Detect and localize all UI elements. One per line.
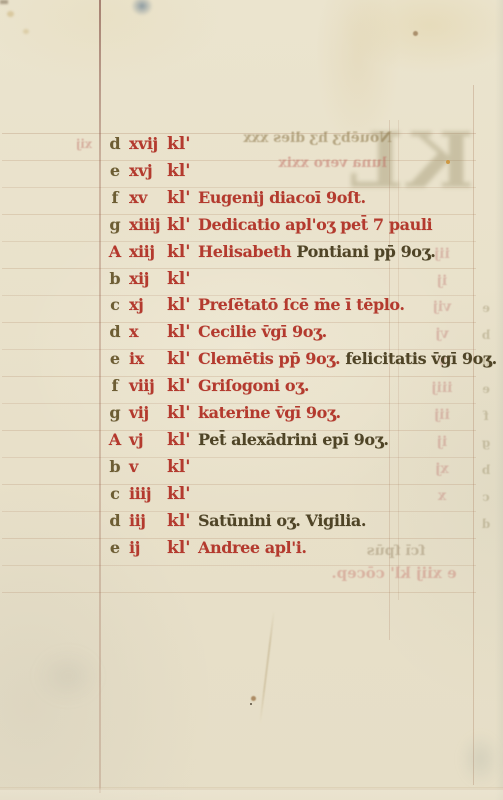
feast-text-red: Eugenij diacoī 9oſt. <box>198 188 366 207</box>
kalends-numeral: xij <box>129 269 149 288</box>
calendar-row: eixkl'Clemētis pp̄ 9oʒ. felicitatis v̄gī… <box>0 349 503 376</box>
kl-abbreviation: kl' <box>167 188 190 208</box>
feast-entry: Pet̄ alexādrini epī 9oʒ. <box>198 430 389 449</box>
kalends-numeral: vj <box>129 430 143 449</box>
kalends-numeral: ix <box>129 349 144 368</box>
gray-smudge <box>38 652 98 700</box>
feast-entry: Helisabeth Pontiani pp̄ 9oʒ. <box>198 242 435 261</box>
page-right-edge <box>495 0 503 800</box>
calendar-row: fviijkl'Griſogoni oʒ. <box>0 376 503 403</box>
feast-text-brown: Satūnini oʒ. Vigilia. <box>198 511 366 530</box>
blue-ink-stain <box>131 0 153 16</box>
brown-speck <box>413 31 418 36</box>
kl-abbreviation: kl' <box>167 484 190 504</box>
feast-entry: Cecilie v̄gī 9oʒ. <box>198 322 327 341</box>
feast-entry: Andree apl'i. <box>198 538 307 557</box>
feast-text-red: Preſētatō ſcē m̄e ī tēplo. <box>198 295 405 314</box>
feast-text-red: Griſogoni oʒ. <box>198 376 309 395</box>
kalends-numeral: xvj <box>129 161 152 180</box>
kl-abbreviation: kl' <box>167 322 190 342</box>
kalends-numeral: xj <box>129 295 143 314</box>
dominical-letter: g <box>102 215 128 234</box>
dominical-letter: b <box>102 269 128 288</box>
corner-speck <box>0 0 8 4</box>
kalends-numeral: xvij <box>129 134 158 153</box>
ruled-line <box>2 592 476 593</box>
calendar-row: bxijkl' <box>0 269 503 296</box>
feast-text-red: Helisabeth <box>198 242 291 261</box>
dark-speck <box>250 703 252 705</box>
page-bottom-edge <box>0 787 503 800</box>
kl-abbreviation: kl' <box>167 134 190 154</box>
dominical-letter: e <box>102 538 128 557</box>
feast-text-brown: felicitatis v̄gī 9oʒ. <box>340 349 497 368</box>
feast-entry: Preſētatō ſcē m̄e ī tēplo. <box>198 295 405 314</box>
dominical-letter: b <box>102 457 128 476</box>
feast-text-brown: Pontiani pp̄ 9oʒ. <box>291 242 435 261</box>
feast-text-red: Andree apl'i. <box>198 538 307 557</box>
feast-text-red: katerine v̄gī 9oʒ. <box>198 403 341 422</box>
kl-abbreviation: kl' <box>167 538 190 558</box>
dominical-letter: f <box>102 188 128 207</box>
kl-abbreviation: kl' <box>167 376 190 396</box>
calendar-row: gvijkl'katerine v̄gī 9oʒ. <box>0 403 503 430</box>
dominical-letter: A <box>102 242 128 261</box>
kalends-numeral: iiij <box>129 484 151 503</box>
feast-text-red: Cecilie v̄gī 9oʒ. <box>198 322 327 341</box>
feast-entry: Dedicatio apl'oʒ pet̄ 7 pauli <box>198 215 432 234</box>
feast-entry: katerine v̄gī 9oʒ. <box>198 403 341 422</box>
kalends-numeral: viij <box>129 376 154 395</box>
calendar-row: fxvkl'Eugenij diacoī 9oſt. <box>0 188 503 215</box>
kalends-numeral: xiij <box>129 242 154 261</box>
kl-abbreviation: kl' <box>167 295 190 315</box>
dominical-letter: A <box>102 430 128 449</box>
kl-abbreviation: kl' <box>167 161 190 181</box>
feast-text-red: Clemētis pp̄ 9oʒ. <box>198 349 340 368</box>
kalends-numeral: x <box>129 322 138 341</box>
calendar-row: dxvijkl' <box>0 134 503 161</box>
calendar-row: Avjkl'Pet̄ alexādrini epī 9oʒ. <box>0 430 503 457</box>
kl-abbreviation: kl' <box>167 242 190 262</box>
calendar-row: exvjkl' <box>0 161 503 188</box>
kalends-numeral: ij <box>129 538 140 557</box>
calendar-row: diijkl'Satūnini oʒ. Vigilia. <box>0 511 503 538</box>
calendar-row: gxiiijkl'Dedicatio apl'oʒ pet̄ 7 pauli <box>0 215 503 242</box>
dominical-letter: d <box>102 322 128 341</box>
calendar-row: Axiijkl'Helisabeth Pontiani pp̄ 9oʒ. <box>0 242 503 269</box>
feast-entry: Griſogoni oʒ. <box>198 376 309 395</box>
feast-entry: Satūnini oʒ. Vigilia. <box>198 511 366 530</box>
dominical-letter: e <box>102 349 128 368</box>
feast-entry: Clemētis pp̄ 9oʒ. felicitatis v̄gī 9oʒ. <box>198 349 497 368</box>
feast-text-red: Dedicatio apl'oʒ pet̄ 7 pauli <box>198 215 432 234</box>
brown-dot <box>251 696 256 701</box>
kl-abbreviation: kl' <box>167 269 190 289</box>
calendar-row: cxjkl'Preſētatō ſcē m̄e ī tēplo. <box>0 295 503 322</box>
showthrough-bottom-line2: e xiij kl' cōcep. <box>308 564 480 582</box>
kl-abbreviation: kl' <box>167 511 190 531</box>
dominical-letter: e <box>102 161 128 180</box>
dominical-letter: d <box>102 511 128 530</box>
tan-spot <box>23 29 29 34</box>
manuscript-page: KL Nouēbʒ hʒ dies xxx luna vero xxix xij… <box>0 0 503 800</box>
kl-abbreviation: kl' <box>167 457 190 477</box>
kl-abbreviation: kl' <box>167 403 190 423</box>
tan-spot <box>7 11 14 17</box>
feast-entry: Eugenij diacoī 9oſt. <box>198 188 366 207</box>
dominical-letter: f <box>102 376 128 395</box>
kalends-numeral: iij <box>129 511 145 530</box>
kalends-numeral: xiiij <box>129 215 160 234</box>
dominical-letter: d <box>102 134 128 153</box>
kl-abbreviation: kl' <box>167 215 190 235</box>
calendar-row: eijkl'Andree apl'i. <box>0 538 503 565</box>
kalends-numeral: v <box>129 457 138 476</box>
feast-text-brown: Pet̄ alexādrini epī 9oʒ. <box>198 430 389 449</box>
parchment-crease <box>259 610 275 723</box>
kalends-numeral: xv <box>129 188 147 207</box>
kl-abbreviation: kl' <box>167 349 190 369</box>
dominical-letter: c <box>102 484 128 503</box>
kl-abbreviation: kl' <box>167 430 190 450</box>
calendar-row: ciiijkl' <box>0 484 503 511</box>
dominical-letter: c <box>102 295 128 314</box>
kalends-numeral: vij <box>129 403 149 422</box>
orange-dot <box>446 160 450 164</box>
gray-smudge <box>460 733 500 785</box>
calendar-row: dxkl'Cecilie v̄gī 9oʒ. <box>0 322 503 349</box>
dominical-letter: g <box>102 403 128 422</box>
calendar-row: bvkl' <box>0 457 503 484</box>
